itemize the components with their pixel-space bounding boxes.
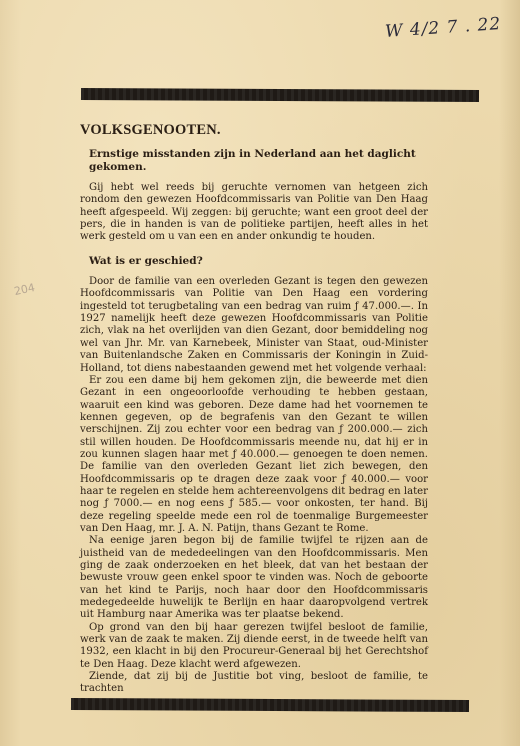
body-paragraph: Na eenige jaren begon bij de familie twi… xyxy=(80,535,428,621)
intro-paragraph: Gij hebt wel reeds bij geruchte vernomen… xyxy=(80,182,428,244)
document-body: VOLKSGENOOTEN. Ernstige misstanden zijn … xyxy=(80,124,428,696)
document-subheading: Ernstige misstanden zijn in Nederland aa… xyxy=(80,148,428,173)
body-paragraph: Op grond van den bij haar gerezen twijfe… xyxy=(80,622,428,671)
bottom-black-rule xyxy=(71,698,469,712)
body-paragraph: Ziende, dat zij bij de Justitie bot ving… xyxy=(80,671,428,696)
handwritten-reference-note: W 4/2 7 . 22 xyxy=(384,14,501,42)
body-paragraph: Er zou een dame bij hem gekomen zijn, di… xyxy=(80,375,428,535)
pencil-margin-note: 204 xyxy=(13,281,36,298)
document-title: VOLKSGENOOTEN. xyxy=(80,124,428,136)
top-black-rule xyxy=(81,88,479,102)
body-paragraph: Door de familie van een overleden Gezant… xyxy=(80,276,428,375)
section-heading: Wat is er geschied? xyxy=(80,255,428,267)
scanned-document-page: W 4/2 7 . 22 204 VOLKSGENOOTEN. Ernstige… xyxy=(0,0,520,746)
